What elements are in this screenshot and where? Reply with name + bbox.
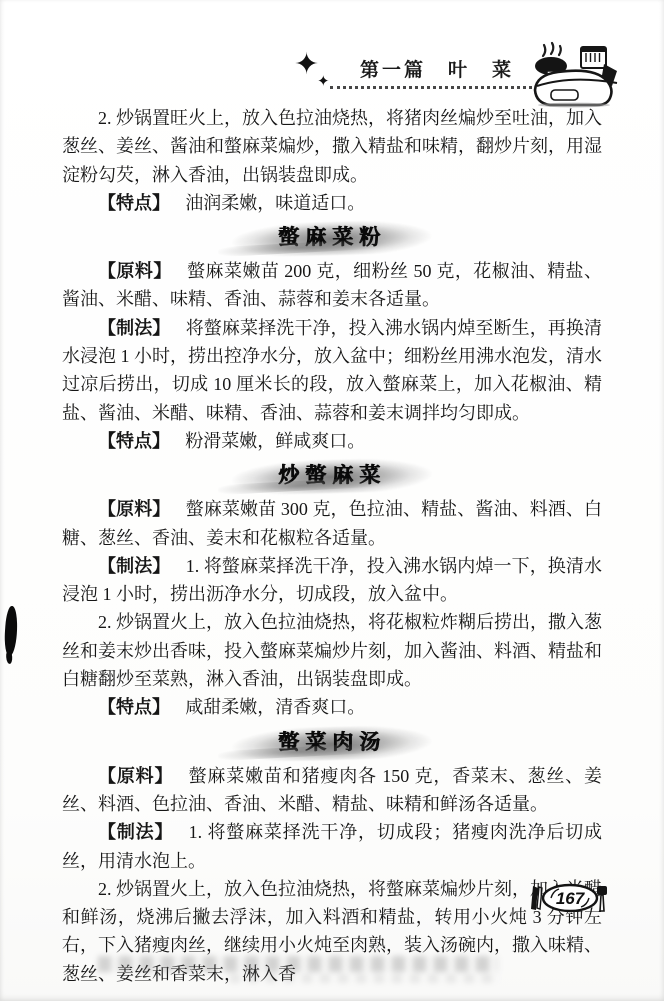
method-label: 【制法】 — [98, 556, 170, 576]
method-label: 【制法】 — [98, 318, 170, 338]
recipe-title: 螫菜肉汤 — [278, 730, 386, 754]
ink-smudge-artifact — [3, 606, 18, 657]
ingredients-paragraph: 【原料】螫麻菜嫩苗和猪瘦肉各 150 克，香菜末、葱丝、姜丝、料酒、色拉油、香油… — [62, 762, 602, 819]
feature-paragraph: 【特点】油润柔嫩，味道适口。 — [62, 189, 602, 217]
recipe-title: 炒螫麻菜 — [278, 463, 386, 487]
method-label: 【制法】 — [98, 822, 173, 842]
method-paragraph: 【制法】1. 将螫麻菜择洗干净，切成段；猪瘦肉洗净后切成丝，用清水泡上。 — [62, 818, 602, 875]
recipe-title: 螫麻菜粉 — [278, 225, 386, 249]
recipe-title-banner: 螫麻菜粉 — [62, 221, 602, 253]
feature-label: 【特点】 — [98, 193, 170, 213]
feature-label: 【特点】 — [98, 431, 170, 451]
ingredients-label: 【原料】 — [98, 499, 170, 519]
method-paragraph: 【制法】将螫麻菜择洗干净，投入沸水锅内焯至断生，再换清水浸泡 1 小时，捞出控净… — [62, 314, 602, 427]
fork-icon — [597, 886, 607, 895]
page-number-plate: 167 — [527, 878, 613, 920]
brush-stroke-background: 螫麻菜粉 — [248, 221, 416, 254]
page-content: 2. 炒锅置旺火上，放入色拉油烧热，将猪肉丝煸炒至吐油，加入葱丝、姜丝、酱油和螫… — [62, 104, 602, 988]
chapter-title: 第一篇 叶 菜 — [360, 60, 514, 81]
chapter-header: 第一篇 叶 菜 — [330, 55, 544, 89]
brush-stroke-background: 螫菜肉汤 — [248, 726, 416, 759]
star-big-icon: ✦ — [294, 50, 319, 80]
recipe-title-banner: 螫菜肉汤 — [62, 726, 602, 758]
feature-paragraph: 【特点】咸甜柔嫩，清香爽口。 — [62, 693, 602, 721]
page-bleedthrough-artifact — [98, 956, 498, 972]
ingredients-label: 【原料】 — [98, 261, 172, 281]
recipe-step-paragraph: 2. 炒锅置火上，放入色拉油烧热，将花椒粒炸糊后捞出，撒入葱丝和姜末炒出香味，投… — [62, 608, 602, 693]
recipe-step-paragraph: 2. 炒锅置旺火上，放入色拉油烧热，将猪肉丝煸炒至吐油，加入葱丝、姜丝、酱油和螫… — [62, 104, 602, 189]
cooking-pot-illustration — [524, 40, 622, 108]
brush-stroke-background: 炒螫麻菜 — [248, 459, 416, 492]
book-page: ✦ ✦ 第一篇 叶 菜 2. 炒锅置旺火上，放入色拉油烧热，将猪肉丝煸炒至吐油，… — [0, 0, 664, 1001]
recipe-title-banner: 炒螫麻菜 — [62, 459, 602, 491]
ingredients-paragraph: 【原料】螫麻菜嫩苗 300 克，色拉油、精盐、酱油、料酒、白糖、葱丝、香油、姜末… — [62, 495, 602, 552]
method-paragraph: 【制法】1. 将螫麻菜择洗干净，投入沸水锅内焯一下，换清水浸泡 1 小时，捞出沥… — [62, 552, 602, 609]
page-number: 167 — [556, 889, 586, 908]
page-bleedthrough-artifact — [230, 974, 500, 983]
feature-label: 【特点】 — [98, 697, 170, 717]
star-small-icon: ✦ — [317, 74, 330, 89]
ingredients-label: 【原料】 — [98, 766, 173, 786]
ingredients-paragraph: 【原料】螫麻菜嫩苗 200 克，细粉丝 50 克，花椒油、精盐、酱油、米醋、味精… — [62, 257, 602, 314]
feature-paragraph: 【特点】粉滑菜嫩，鲜咸爽口。 — [62, 427, 602, 455]
